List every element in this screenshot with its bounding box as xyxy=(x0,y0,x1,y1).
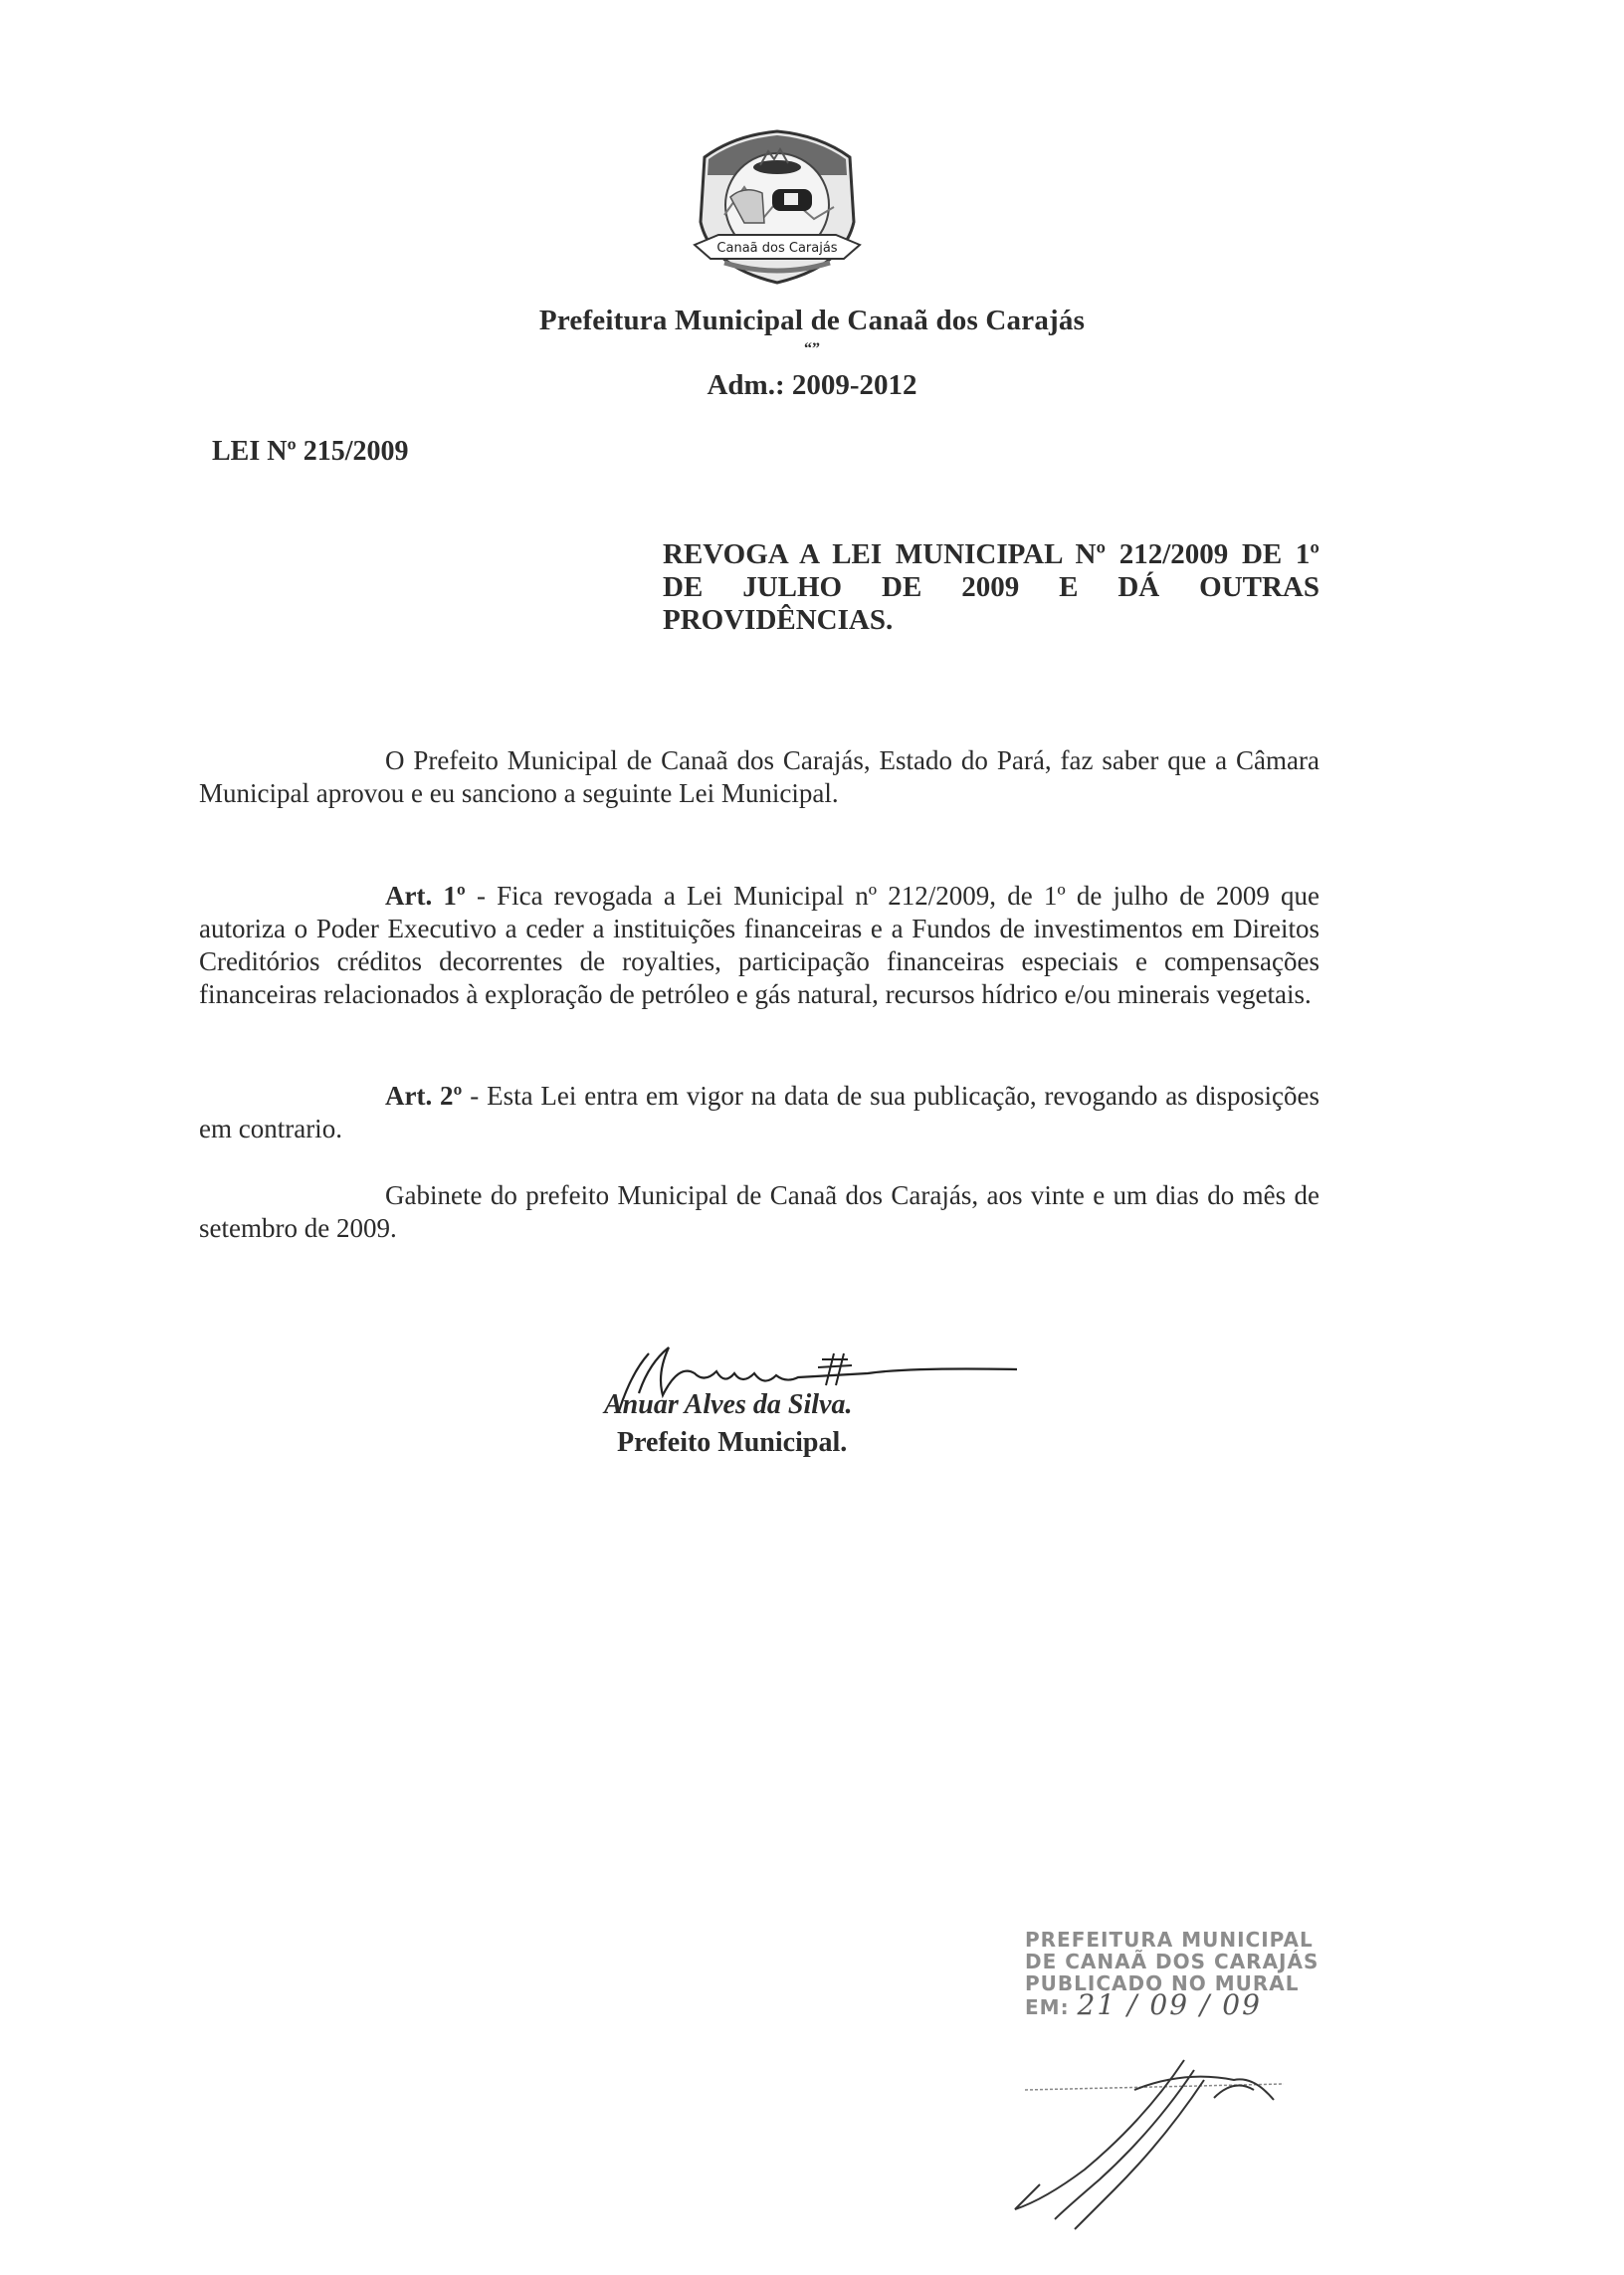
stamp-line-2: DE CANAÃ DOS CARAJÁS xyxy=(1025,1951,1333,1972)
article-2-label: Art. 2º xyxy=(385,1081,462,1111)
article-1-text: - Fica revogada a Lei Municipal nº 212/2… xyxy=(199,881,1319,1009)
header-title: Prefeitura Municipal de Canaã dos Carajá… xyxy=(0,305,1624,337)
law-number: LEI Nº 215/2009 xyxy=(212,436,409,468)
closing-statement: Gabinete do prefeito Municipal de Canaã … xyxy=(199,1179,1319,1245)
stamp-line-1: PREFEITURA MUNICIPAL xyxy=(1025,1929,1333,1951)
header-quotes: “” xyxy=(0,340,1624,358)
preamble: O Prefeito Municipal de Canaã dos Carajá… xyxy=(199,744,1319,810)
administration-period: Adm.: 2009-2012 xyxy=(0,369,1624,402)
logo-ribbon-text: Canaã dos Carajás xyxy=(716,241,837,256)
article-1: Art. 1º - Fica revogada a Lei Municipal … xyxy=(199,880,1319,1011)
signer-name: Anuar Alves da Silva. xyxy=(604,1389,852,1421)
signer-title: Prefeito Municipal. xyxy=(617,1427,847,1459)
article-1-label: Art. 1º xyxy=(385,881,466,911)
stamp-initials-icon xyxy=(985,1980,1343,2239)
article-2: Art. 2º - Esta Lei entra em vigor na dat… xyxy=(199,1080,1319,1145)
municipal-coat-of-arms-icon: Canaã dos Carajás xyxy=(685,127,870,287)
article-2-text: - Esta Lei entra em vigor na data de sua… xyxy=(199,1081,1319,1143)
law-summary: REVOGA A LEI MUNICIPAL Nº 212/2009 DE 1º… xyxy=(663,538,1319,637)
